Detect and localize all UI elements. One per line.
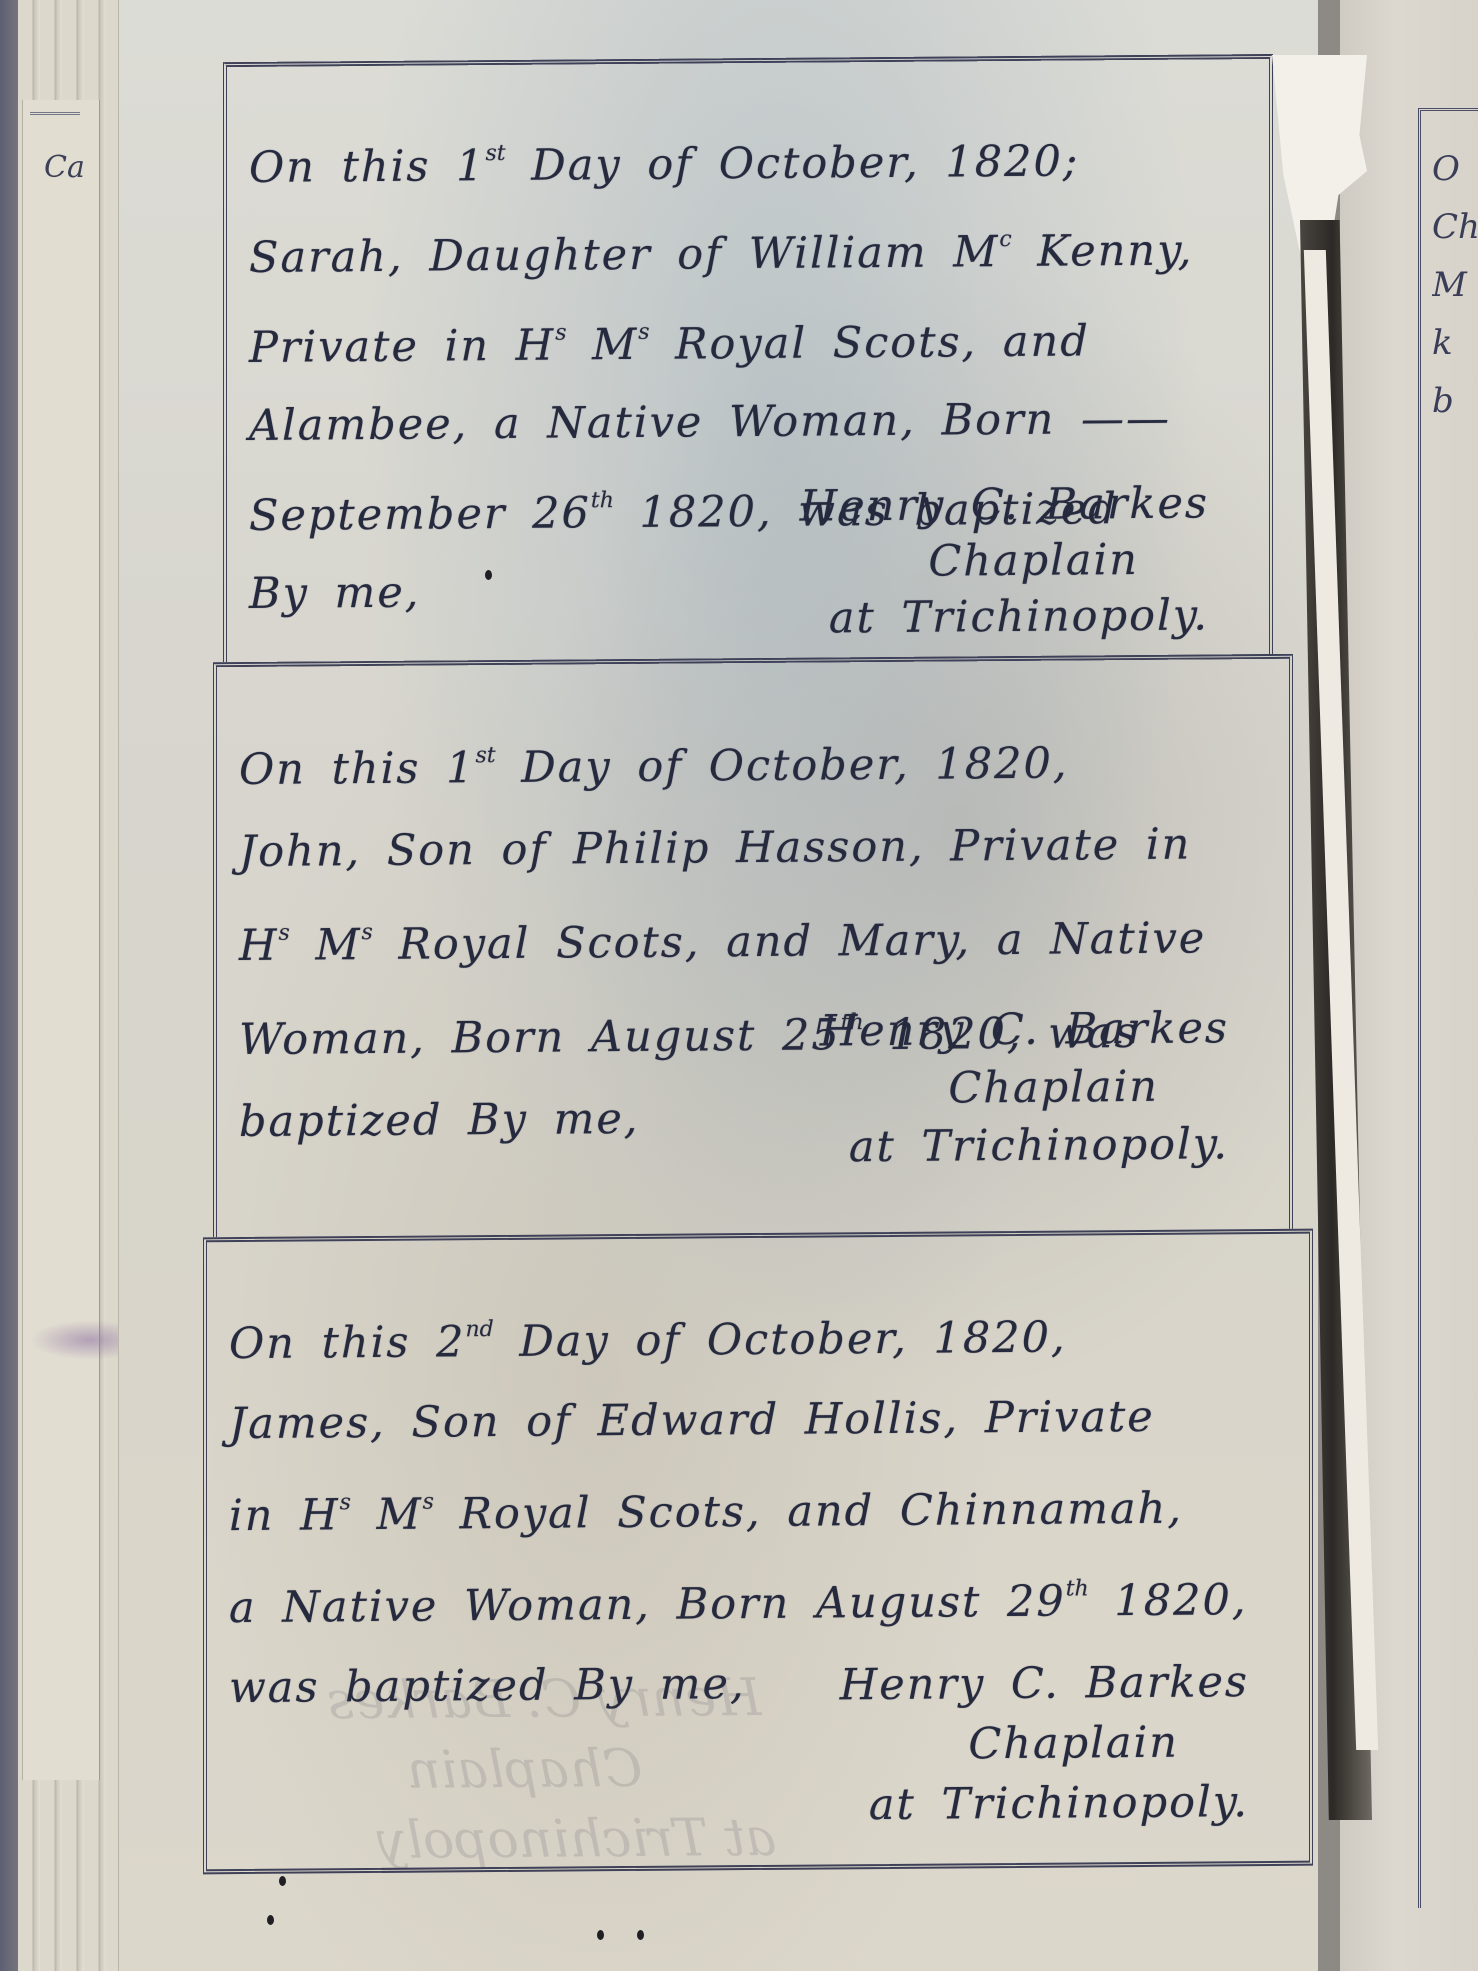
chaplain-signature: Henry C. Barkes Chaplain at Trichinopoly…: [820, 999, 1229, 1176]
bleed-through-text: at Trichinopoly: [377, 1808, 776, 1871]
left-torn-leaf: [22, 100, 100, 1780]
left-leaf-rule-line: [30, 112, 80, 115]
entry-line: a Native Woman, Born August 29th 1820,: [229, 1548, 1269, 1648]
entry-line: Alambee, a Native Woman, Born ——: [249, 379, 1229, 465]
ink-speck: [597, 1930, 604, 1940]
signature-name: Henry C. Barkes: [800, 475, 1209, 534]
entry-line: Private in Hs Ms Royal Scots, and: [249, 289, 1229, 387]
signature-name: Henry C. Barkes: [840, 1652, 1249, 1715]
left-leaf-fragment-text: Ca: [44, 150, 85, 185]
entry-line: in Hs Ms Royal Scots, and Chinnamah,: [229, 1456, 1269, 1556]
entry-line: On this 1st Day of October, 1820;: [249, 109, 1229, 207]
chaplain-signature: Henry C. Barkes Chaplain at Trichinopoly…: [840, 1652, 1249, 1835]
signature-place: at Trichinopoly.: [800, 587, 1209, 646]
ink-speck: [267, 1915, 274, 1925]
baptism-entry-2: On this 1st Day of October, 1820, John, …: [213, 654, 1293, 1237]
bleed-through-text: Chaplain: [407, 1739, 642, 1801]
entry-line: Hs Ms Royal Scots, and Mary, a Native: [239, 885, 1249, 987]
entry-line: John, Son of Philip Hasson, Private in: [239, 803, 1249, 893]
chaplain-signature: Henry C. Barkes Chaplain at Trichinopoly…: [800, 475, 1209, 646]
entry-line: Sarah, Daughter of William Mc Kenny,: [249, 199, 1229, 297]
signature-title: Chaplain: [800, 531, 1209, 590]
entry-line: On this 2nd Day of October, 1820,: [229, 1284, 1269, 1384]
ink-speck: [279, 1876, 286, 1886]
ink-speck: [485, 570, 492, 580]
right-page-fragment-text: O Ch M k b: [1432, 140, 1478, 430]
register-frame: On this 1st Day of October, 1820; Sarah,…: [211, 54, 1299, 1875]
baptism-entry-1: On this 1st Day of October, 1820; Sarah,…: [223, 54, 1273, 662]
entry-line: On this 1st Day of October, 1820,: [239, 709, 1249, 811]
signature-title: Chaplain: [820, 1057, 1229, 1118]
signature-place: at Trichinopoly.: [820, 1115, 1229, 1176]
signature-title: Chaplain: [840, 1712, 1249, 1775]
ink-speck: [637, 1930, 644, 1940]
signature-place: at Trichinopoly.: [840, 1772, 1249, 1835]
entry-line: James, Son of Edward Hollis, Private: [229, 1376, 1269, 1464]
signature-name: Henry C. Barkes: [820, 999, 1229, 1060]
register-page: On this 1st Day of October, 1820; Sarah,…: [118, 0, 1318, 1971]
baptism-entry-3: Henry C. Barkes Chaplain at Trichinopoly…: [203, 1229, 1313, 1875]
